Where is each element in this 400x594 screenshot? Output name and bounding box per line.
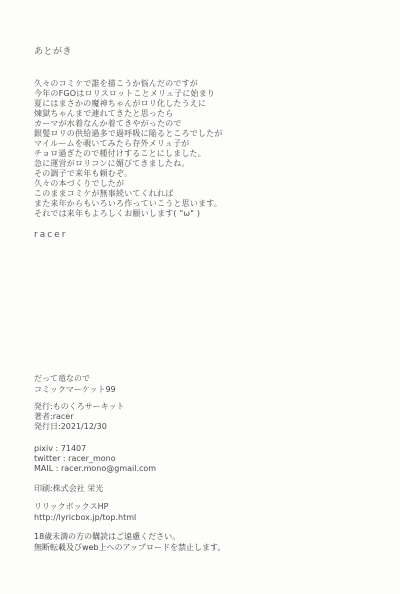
afterword-text-line: 煉獄ちゃんまで連れてきたと思ったら (34, 109, 223, 119)
colophon-publication: 発行:ものくろサーキット 著者:racer 発行日:2021/12/30 (34, 402, 125, 432)
afterword-text-line: チョロ過ぎたので種付けすることにしました。 (34, 149, 223, 159)
afterword-text-line: 久々の本づくりでしたが (34, 179, 223, 189)
contact-info: pixiv : 71407twitter : racer_monoMAIL : … (34, 444, 156, 474)
afterword-heading: あとがき (34, 44, 72, 57)
author-line: 著者:racer (34, 412, 125, 422)
afterword-text-line: カーマが水着なんか着てきやがったので (34, 119, 223, 129)
author-signature: racer (34, 230, 67, 240)
book-title: だって竜なので (34, 373, 116, 384)
publish-date-line: 発行日:2021/12/30 (34, 422, 125, 432)
afterword-text-line: マイルームを覗いてみたら存外メリュ子が (34, 139, 223, 149)
afterword-text-line: 急に運営がロリコンに媚びてきましたね。 (34, 159, 223, 169)
afterword-text-line: また来年からもいろいろ作っていこうと思います。 (34, 199, 223, 209)
afterword-text-line: このままコミケが無事続いてくれれば (34, 189, 223, 199)
afterword-text-line: 久々のコミケで誰を描こうか悩んだのですが (34, 79, 223, 89)
website-name: リリックボックスHP (34, 501, 136, 512)
colophon-header: だって竜なので コミックマーケット99 (34, 373, 116, 395)
afterword-text: 久々のコミケで誰を描こうか悩んだのですが今年のFGOはロリスロットことメリュ子に… (34, 79, 223, 219)
event-name: コミックマーケット99 (34, 384, 116, 395)
afterword-text-line: 銀髪ロリの供給過多で過呼吸に陥るところでしたが (34, 129, 223, 139)
printer-info: 印刷:株式会社 栄光 (34, 483, 103, 494)
publisher-line: 発行:ものくろサーキット (34, 402, 125, 412)
afterword-text-line: その調子で来年も頼むぞ。 (34, 169, 223, 179)
afterword-text-line: 今年のFGOはロリスロットことメリュ子に始まり (34, 89, 223, 99)
website-info: リリックボックスHP http://lyricbox.jp/top.html (34, 501, 136, 523)
contact-line: pixiv : 71407 (34, 444, 156, 454)
notice-line: 無断転載及びweb上へのアップロードを禁止します。 (34, 542, 225, 553)
afterword-text-line: 夏にはまさかの魔神ちゃんがロリ化したうえに (34, 99, 223, 109)
reader-notices: 18歳未満の方の購読はご遠慮ください。無断転載及びweb上へのアップロードを禁止… (34, 531, 225, 553)
notice-line: 18歳未満の方の購読はご遠慮ください。 (34, 531, 225, 542)
afterword-page: あとがき 久々のコミケで誰を描こうか悩んだのですが今年のFGOはロリスロットこと… (0, 0, 400, 594)
contact-line: twitter : racer_mono (34, 454, 156, 464)
contact-line: MAIL : racer.mono@gmail.com (34, 464, 156, 474)
afterword-text-line: それでは来年もよろしくお願いします( "ω" ) (34, 209, 223, 219)
website-url: http://lyricbox.jp/top.html (34, 512, 136, 523)
